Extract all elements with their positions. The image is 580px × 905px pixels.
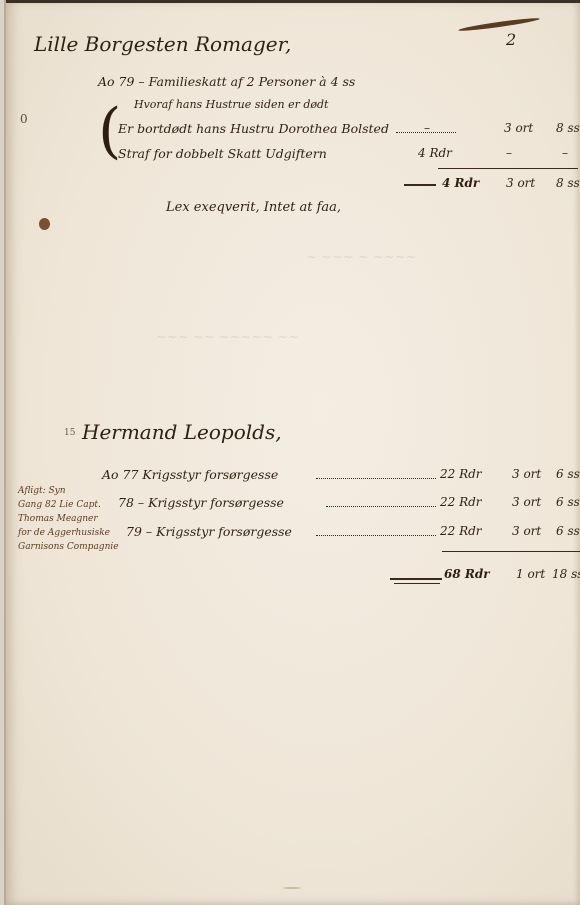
amount-ort: 3 ort <box>512 467 541 481</box>
entry-1-note: Lex exeqverit, Intet at faa, <box>166 200 341 215</box>
entry-1-line-2: Hvoraf hans Hustrue siden er dødt <box>134 98 328 111</box>
entry-1-heading: Lille Borgesten Romager, <box>34 32 291 56</box>
margin-number: 15 <box>64 428 75 438</box>
total-rdr: 68 Rdr <box>444 567 490 581</box>
amount-ort: 3 ort <box>512 495 541 509</box>
leader-dots <box>326 506 436 507</box>
leader-dots <box>316 535 436 536</box>
total-ss: 18 ss <box>552 567 580 581</box>
margin-note-line: Afligt: Syn <box>18 484 66 498</box>
amount-ss: – <box>562 146 568 160</box>
entry-2-row-3: 79 – Krigsstyr forsørgesse <box>126 524 292 539</box>
page-top-edge <box>6 0 580 3</box>
amount-ss: 6 ss <box>556 495 580 509</box>
margin-note-line: Garnisons Compagnie <box>18 540 119 554</box>
amount-ort: 3 ort <box>512 524 541 538</box>
amount-rdr: 22 Rdr <box>440 467 482 481</box>
ink-stroke <box>458 16 540 32</box>
entry-1-line-3: Er bortdødt hans Hustru Dorothea Bolsted <box>118 121 389 136</box>
amount-rdr: 22 Rdr <box>440 495 482 509</box>
amount-ort: – <box>506 146 512 160</box>
entry-1-line-4: Straf for dobbelt Skatt Udgiftern <box>118 146 327 161</box>
amount-rdr: – <box>424 121 430 135</box>
total-double-rule <box>404 184 436 186</box>
entry-1-line-1: Ao 79 – Familieskatt af 2 Personer à 4 s… <box>98 74 355 89</box>
sum-rule <box>442 551 580 552</box>
total-rdr: 4 Rdr <box>442 176 479 190</box>
paper-mark <box>283 887 301 889</box>
leader-dots <box>316 478 436 479</box>
total-ort: 1 ort <box>516 567 545 581</box>
entry-2-heading: Hermand Leopolds, <box>82 420 282 444</box>
entry-2-row-1: Ao 77 Krigsstyr forsørgesse <box>102 467 278 482</box>
bleed-through-text: ~ ~~~ ~ ~~~~ <box>306 250 416 265</box>
margin-mark: 0 <box>20 112 28 126</box>
total-ss: 8 ss <box>556 176 580 190</box>
amount-ss: 8 ss <box>556 121 580 135</box>
sum-rule <box>438 168 578 169</box>
margin-note-line: Gang 82 Lie Capt. <box>18 498 101 512</box>
amount-ss: 6 ss <box>556 467 580 481</box>
margin-note-line: Thomas Meagner <box>18 512 98 526</box>
ink-blot <box>39 218 50 230</box>
amount-rdr: 22 Rdr <box>440 524 482 538</box>
amount-ort: 3 ort <box>504 121 533 135</box>
total-double-rule <box>390 578 442 580</box>
total-double-rule <box>394 583 440 584</box>
bleed-through-text: ~~~ ~~ ~~~~~ ~~ <box>156 330 299 345</box>
amount-ss: 6 ss <box>556 524 580 538</box>
entry-2-row-2: 78 – Krigsstyr forsørgesse <box>118 495 284 510</box>
margin-note-line: for de Aggerhusiske <box>18 526 110 540</box>
amount-rdr: 4 Rdr <box>418 146 452 160</box>
manuscript-page: 2 0 ~ ~~~ ~ ~~~~ ~~~ ~~ ~~~~~ ~~ Lille B… <box>4 0 580 905</box>
page-number: 2 <box>506 30 516 49</box>
total-ort: 3 ort <box>506 176 535 190</box>
